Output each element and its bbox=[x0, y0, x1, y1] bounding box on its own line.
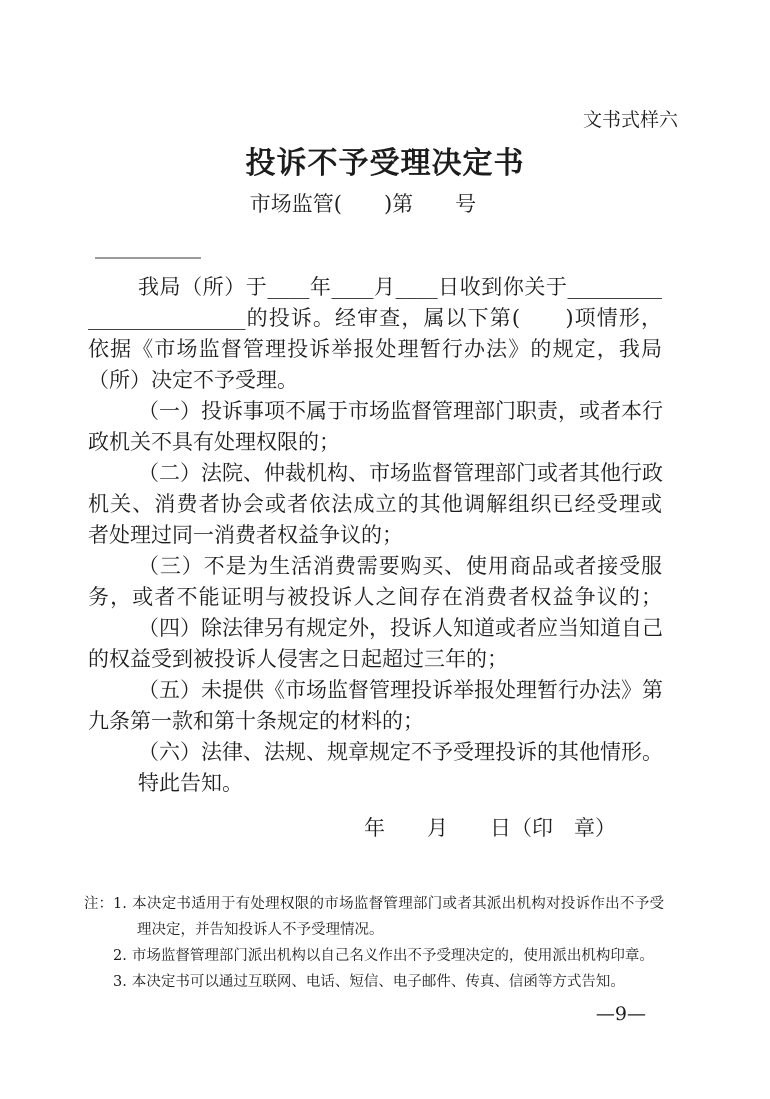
body-line: 机关、消费者协会或者依法成立的其他调解组织已经受理或 bbox=[88, 489, 662, 520]
document-body: 我局（所）于____年____月____日收到你关于_________ ____… bbox=[88, 272, 662, 844]
body-line: _______________的投诉。经审查，属以下第( )项情形， bbox=[88, 303, 662, 334]
notes-label: 注： bbox=[84, 891, 113, 995]
note-item: 3.本决定书可以通过互联网、电话、短信、电子邮件、传真、信函等方式告知。 bbox=[113, 969, 664, 995]
note-text: 市场监督管理部门派出机构以自己名义作出不予受理决定的，使用派出机构印章。 bbox=[132, 948, 654, 964]
body-line: 我局（所）于____年____月____日收到你关于_________ bbox=[88, 272, 662, 303]
body-line: 特此告知。 bbox=[88, 768, 662, 799]
body-line: 依据《市场监督管理投诉举报处理暂行办法》的规定，我局 bbox=[88, 334, 662, 365]
blank-underline bbox=[95, 257, 201, 259]
note-item: 2.市场监督管理部门派出机构以自己名义作出不予受理决定的，使用派出机构印章。 bbox=[113, 943, 664, 969]
note-text: 本决定书适用于有处理权限的市场监督管理部门或者其派出机构对投诉作出不予受理决定，… bbox=[132, 896, 664, 938]
document-title: 投诉不予受理决定书 bbox=[0, 143, 770, 185]
doc-number-line: 市场监管( )第 号 bbox=[0, 189, 748, 219]
body-line: （五）未提供《市场监督管理投诉举报处理暂行办法》第 bbox=[88, 675, 662, 706]
notes-items: 1.本决定书适用于有处理权限的市场监督管理部门或者其派出机构对投诉作出不予受理决… bbox=[113, 891, 664, 995]
body-line: （二）法院、仲裁机构、市场监督管理部门或者其他行政 bbox=[88, 458, 662, 489]
page-number: —9— bbox=[596, 1003, 646, 1025]
note-text: 本决定书可以通过互联网、电话、短信、电子邮件、传真、信函等方式告知。 bbox=[132, 974, 625, 990]
date-signature-line: 年 月 日（印 章） bbox=[88, 813, 662, 844]
note-item: 1.本决定书适用于有处理权限的市场监督管理部门或者其派出机构对投诉作出不予受理决… bbox=[113, 891, 664, 943]
body-line: （三）不是为生活消费需要购买、使用商品或者接受服 bbox=[88, 551, 662, 582]
note-number: 1. bbox=[113, 896, 127, 912]
body-line: （四）除法律另有规定外，投诉人知道或者应当知道自己 bbox=[88, 613, 662, 644]
corner-label: 文书式样六 bbox=[583, 107, 678, 133]
body-line: 政机关不具有处理权限的； bbox=[88, 427, 662, 458]
note-number: 2. bbox=[113, 948, 127, 964]
body-line: （六）法律、法规、规章规定不予受理投诉的其他情形。 bbox=[88, 737, 662, 768]
document-page: 文书式样六 投诉不予受理决定书 市场监管( )第 号 我局（所）于____年__… bbox=[0, 0, 770, 1099]
body-line: （一）投诉事项不属于市场监督管理部门职责，或者本行 bbox=[88, 396, 662, 427]
body-line: （所）决定不予受理。 bbox=[88, 365, 662, 396]
body-line: 务，或者不能证明与被投诉人之间存在消费者权益争议的； bbox=[88, 582, 662, 613]
note-number: 3. bbox=[113, 974, 127, 990]
body-line: 九条第一款和第十条规定的材料的； bbox=[88, 706, 662, 737]
notes-section: 注： 1.本决定书适用于有处理权限的市场监督管理部门或者其派出机构对投诉作出不予… bbox=[84, 891, 664, 995]
body-line: 者处理过同一消费者权益争议的； bbox=[88, 520, 662, 551]
body-line: 的权益受到被投诉人侵害之日起超过三年的； bbox=[88, 644, 662, 675]
